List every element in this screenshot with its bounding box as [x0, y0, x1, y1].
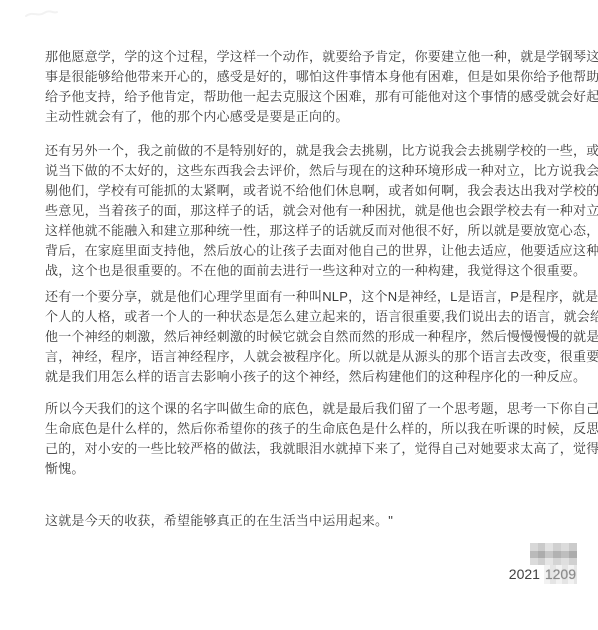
- text-line: 他一个神经的刺激，然后神经刺激的时候它就会自然而然的形成一种程序，然后慢慢慢慢的…: [45, 327, 575, 347]
- text-line: 给予他支持，给予他肯定，帮助他一起去克服这个困难，那有可能他对这个事情的感受就会…: [45, 87, 575, 107]
- text-line: 个人的人格，或者一个人的一种状态是怎么建立起来的，语言很重要,我们说出去的语言，…: [45, 307, 575, 327]
- document-body: 那他愿意学，学的这个过程，学这样一个动作，就要给予肯定，你要建立他一种，就是学钢…: [45, 47, 575, 531]
- text-line: 那他愿意学，学的这个过程，学这样一个动作，就要给予肯定，你要建立他一种，就是学钢…: [45, 47, 575, 67]
- text-line: 事是很能够给他带来开心的，感受是好的，哪怕这件事情本身他有困难，但是如果你给予他…: [45, 67, 575, 87]
- faint-smudge-mark: [24, 8, 58, 20]
- text-line: 主动性就会有了，他的那个内心感受是要是正向的。: [45, 107, 575, 127]
- text-line: 说当下做的不太好的，这些东西我会去评价，然后与现在的这种环境形成一种对立，比方说…: [45, 161, 575, 181]
- text-line: 就是我们用怎么样的语言去影响小孩子的这个神经，然后构建他们的这种程序化的一种反应…: [45, 367, 575, 387]
- text-line: 己的，对小安的一些比较严格的做法，我就眼泪水就掉下来了，觉得自己对她要求太高了，…: [45, 439, 575, 459]
- signature-block: 2021 1209: [509, 543, 577, 582]
- paragraph: 还有另外一个，我之前做的不是特别好的，就是我会去挑剔，比方说我会去挑剔学校的一些…: [45, 141, 575, 281]
- text-line: 惭愧。: [45, 459, 575, 479]
- paragraph: 这就是今天的收获，希望能够真正的在生活当中运用起来。": [45, 511, 575, 531]
- paragraph: 所以今天我们的这个课的名字叫做生命的底色，就是最后我们留了一个思考题，思考一下你…: [45, 399, 575, 479]
- document-page: 那他愿意学，学的这个过程，学这样一个动作，就要给予肯定，你要建立他一种，就是学钢…: [0, 0, 598, 630]
- text-line: 背后，在家庭里面支持他，然后放心的让孩子去面对他自己的世界，让他去适应，他要适应…: [45, 241, 575, 261]
- date-year: 2021: [509, 566, 540, 582]
- text-line: 这就是今天的收获，希望能够真正的在生活当中运用起来。": [45, 511, 575, 531]
- text-line: 生命底色是什么样的，然后你希望你的孩子的生命底色是什么样的，所以我在听课的时候，…: [45, 419, 575, 439]
- text-line: 些意见，当着孩子的面，那这样子的话，就会对他有一种困扰，就是他也会跟学校去有一种…: [45, 201, 575, 221]
- date-monthday: 1209: [544, 565, 577, 584]
- text-line: 言，神经，程序，语言神经程序，人就会被程序化。所以就是从源头的那个语言去改变，很…: [45, 347, 575, 367]
- paragraph: 还有一个要分享，就是他们心理学里面有一种叫NLP，这个N是神经，L是语言，P是程…: [45, 287, 575, 387]
- text-line: 这样他就不能融入和建立那种统一性，那这样子的话就反而对他很不好，所以就是要放宽心…: [45, 221, 575, 241]
- text-line: 还有另外一个，我之前做的不是特别好的，就是我会去挑剔，比方说我会去挑剔学校的一些…: [45, 141, 575, 161]
- redacted-name-mosaic: [530, 543, 577, 565]
- text-line: 战，这个也是很重要的。不在他的面前去进行一些这种对立的一种构建，我觉得这个很重要…: [45, 261, 575, 281]
- text-line: 所以今天我们的这个课的名字叫做生命的底色，就是最后我们留了一个思考题，思考一下你…: [45, 399, 575, 419]
- text-line: 还有一个要分享，就是他们心理学里面有一种叫NLP，这个N是神经，L是语言，P是程…: [45, 287, 575, 307]
- date-text: 2021 1209: [509, 566, 577, 582]
- paragraph: 那他愿意学，学的这个过程，学这样一个动作，就要给予肯定，你要建立他一种，就是学钢…: [45, 47, 575, 127]
- text-line: 剔他们，学校有可能抓的太紧啊，或者说不给他们休息啊，或者如何啊，我会表达出我对学…: [45, 181, 575, 201]
